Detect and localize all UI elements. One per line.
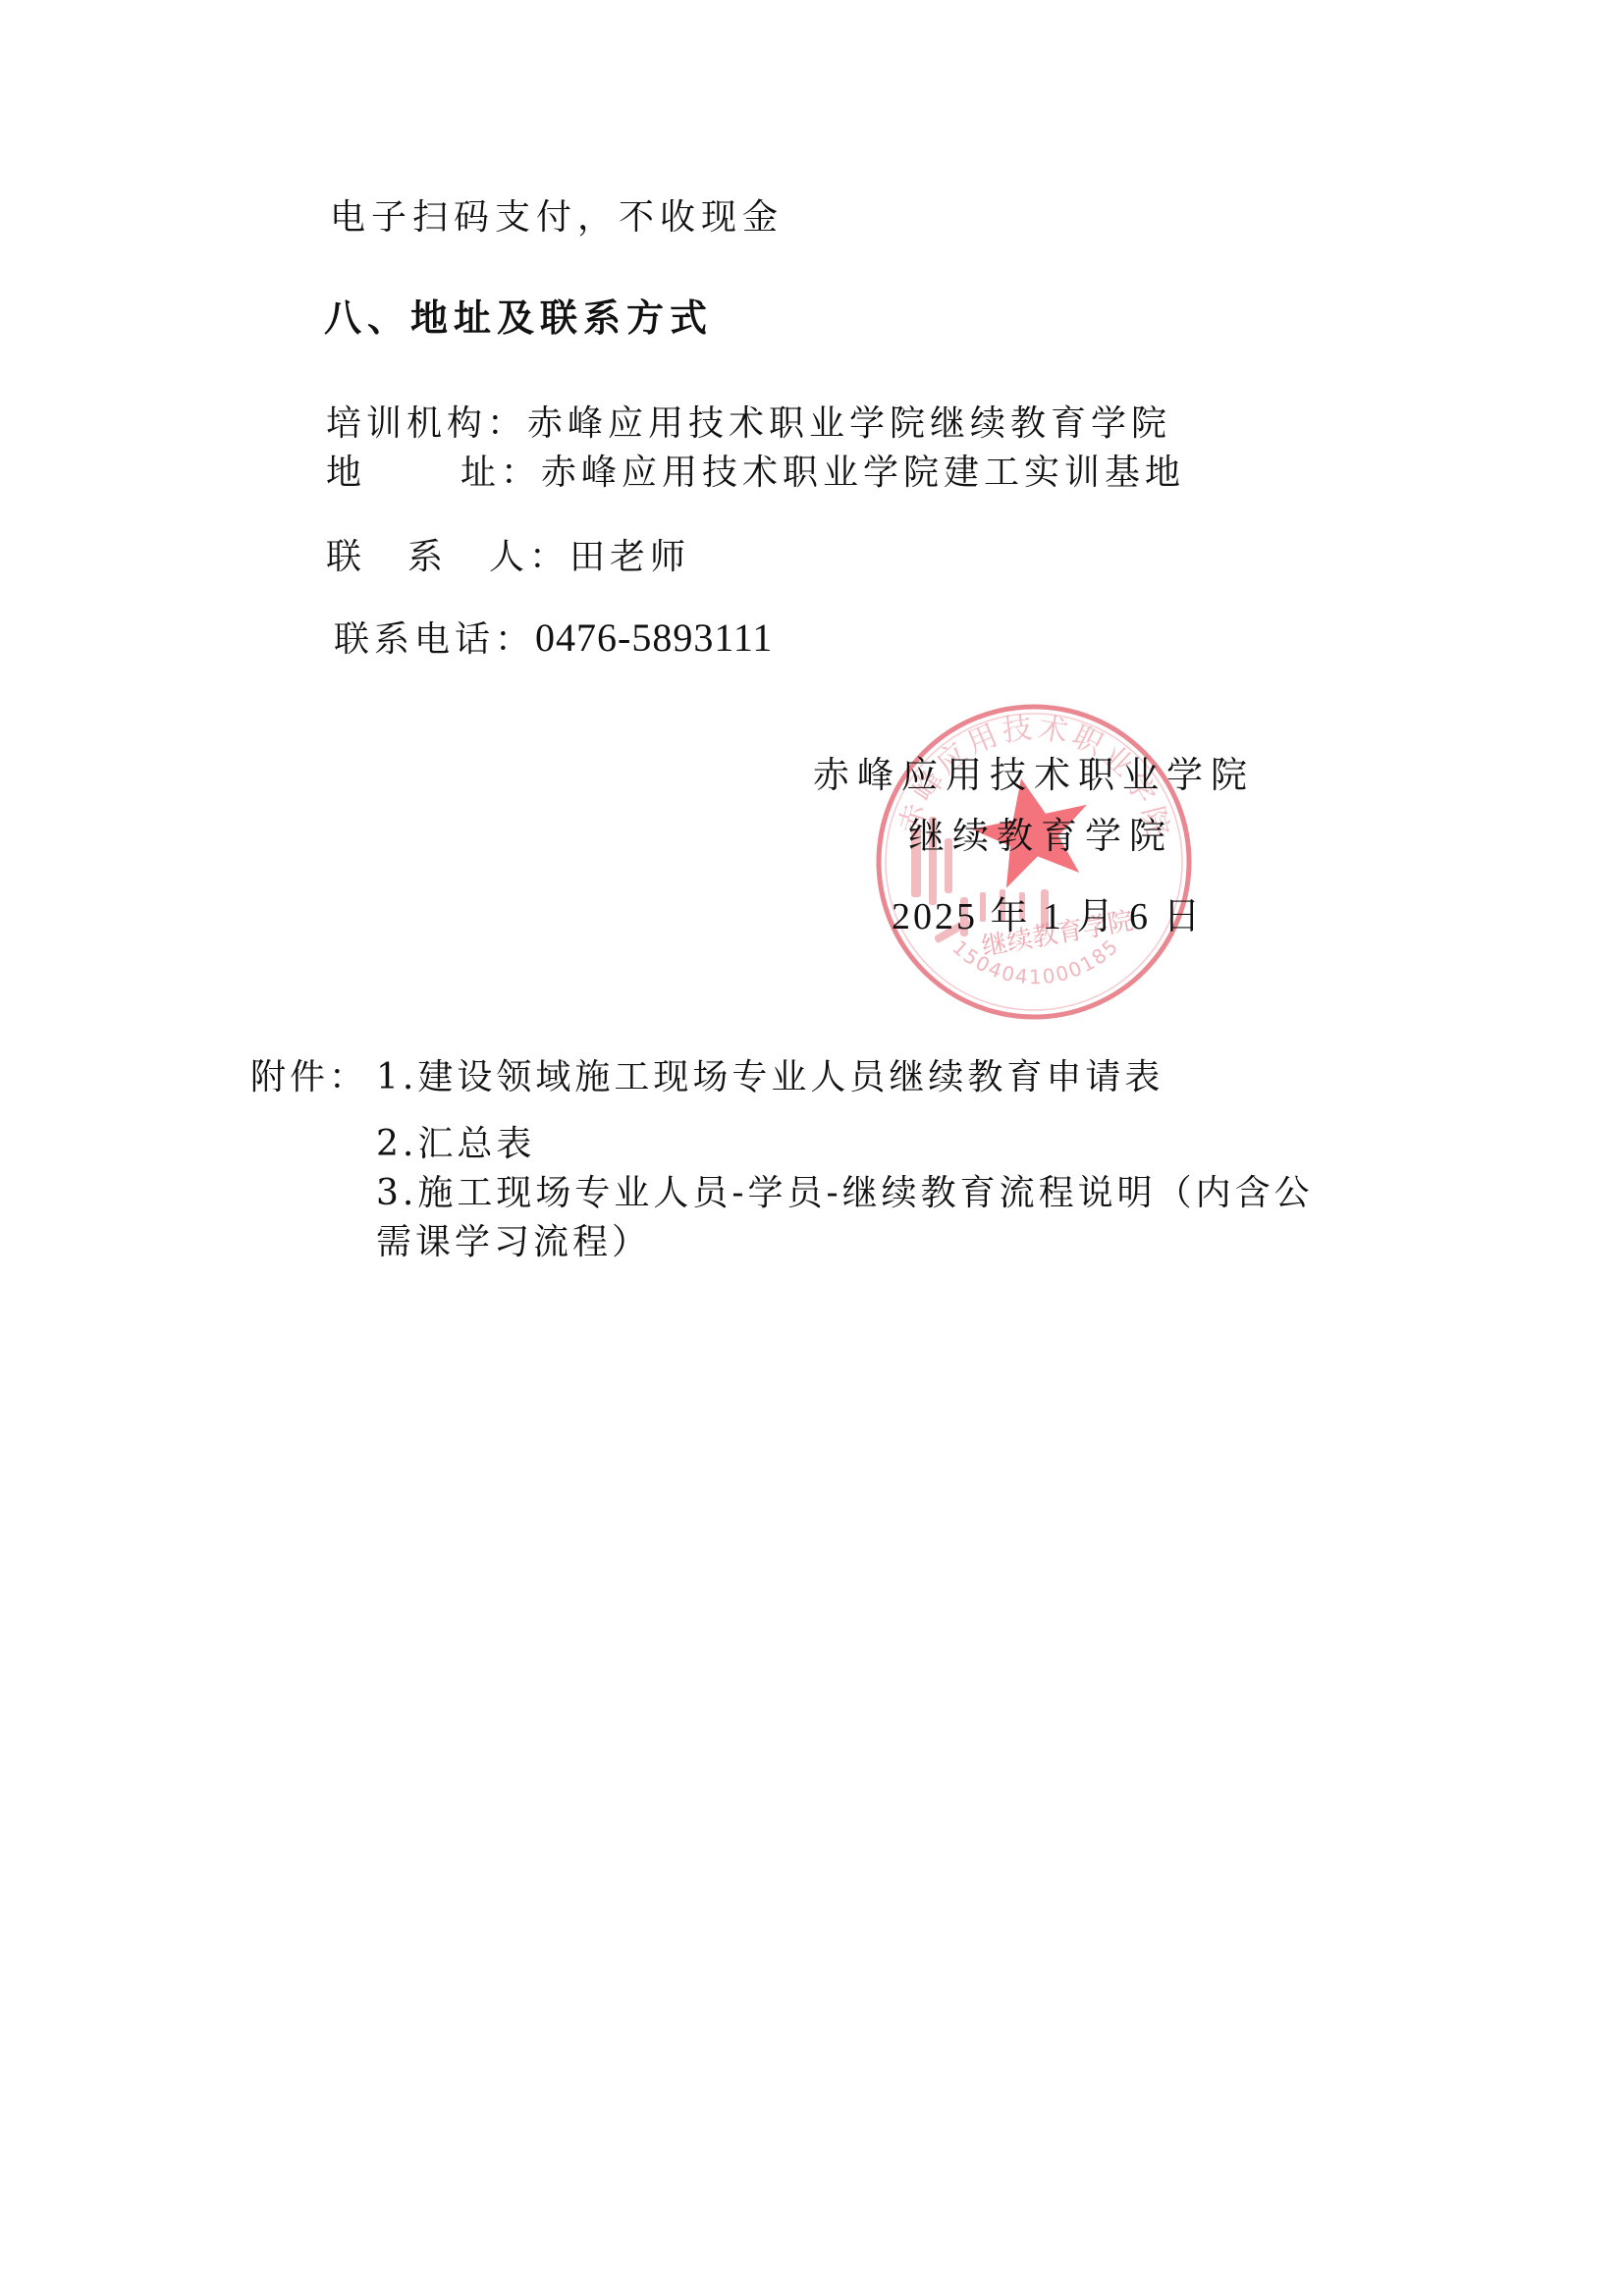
field-value: 赤峰应用技术职业学院建工实训基地 — [541, 453, 1185, 493]
signature-date: 2025 年 1 月 6 日 — [892, 895, 1204, 938]
field-label-mid: 系 — [407, 537, 448, 577]
field-label-first: 联 — [326, 537, 366, 577]
section-heading-address: 八、地址及联系方式 — [324, 296, 713, 340]
field-contact-person: 联系人：田老师 — [326, 536, 690, 579]
field-label-last: 址： — [460, 453, 541, 493]
document-page: 电子扫码支付，不收现金 八、地址及联系方式 培训机构：赤峰应用技术职业学院继续教… — [0, 0, 1624, 2296]
attachments-label: 附件： — [250, 1056, 368, 1099]
attachment-item-3: 3.施工现场专业人员-学员-继续教育流程说明（内含公 — [376, 1172, 1314, 1215]
field-label-first: 地 — [326, 453, 366, 493]
signature-org-line2: 继续教育学院 — [908, 815, 1173, 858]
field-training-org: 培训机构：赤峰应用技术职业学院继续教育学院 — [326, 402, 1171, 446]
attachment-item-2: 2.汇总表 — [376, 1123, 535, 1166]
phone-number: 0476-5893111 — [535, 615, 773, 660]
field-value: 赤峰应用技术职业学院继续教育学院 — [527, 403, 1171, 444]
attachment-item-3-cont: 需课学习流程） — [376, 1221, 651, 1264]
official-seal-icon: 赤峰应用技术职业学院 继续教育学院 1504041000185 9 — [872, 701, 1196, 1025]
field-phone: 联系电话：0476-5893111 — [334, 616, 773, 662]
field-address: 地址：赤峰应用技术职业学院建工实训基地 — [326, 452, 1185, 495]
payment-note: 电子扫码支付，不收现金 — [330, 196, 784, 240]
field-label-last: 人： — [489, 537, 569, 577]
field-label: 培训机构： — [326, 403, 527, 444]
attachment-item-1: 1.建设领域施工现场专业人员继续教育申请表 — [376, 1056, 1164, 1099]
signature-org-line1: 赤峰应用技术职业学院 — [813, 754, 1255, 797]
field-value: 田老师 — [569, 537, 690, 577]
field-label: 联系电话： — [334, 619, 535, 660]
